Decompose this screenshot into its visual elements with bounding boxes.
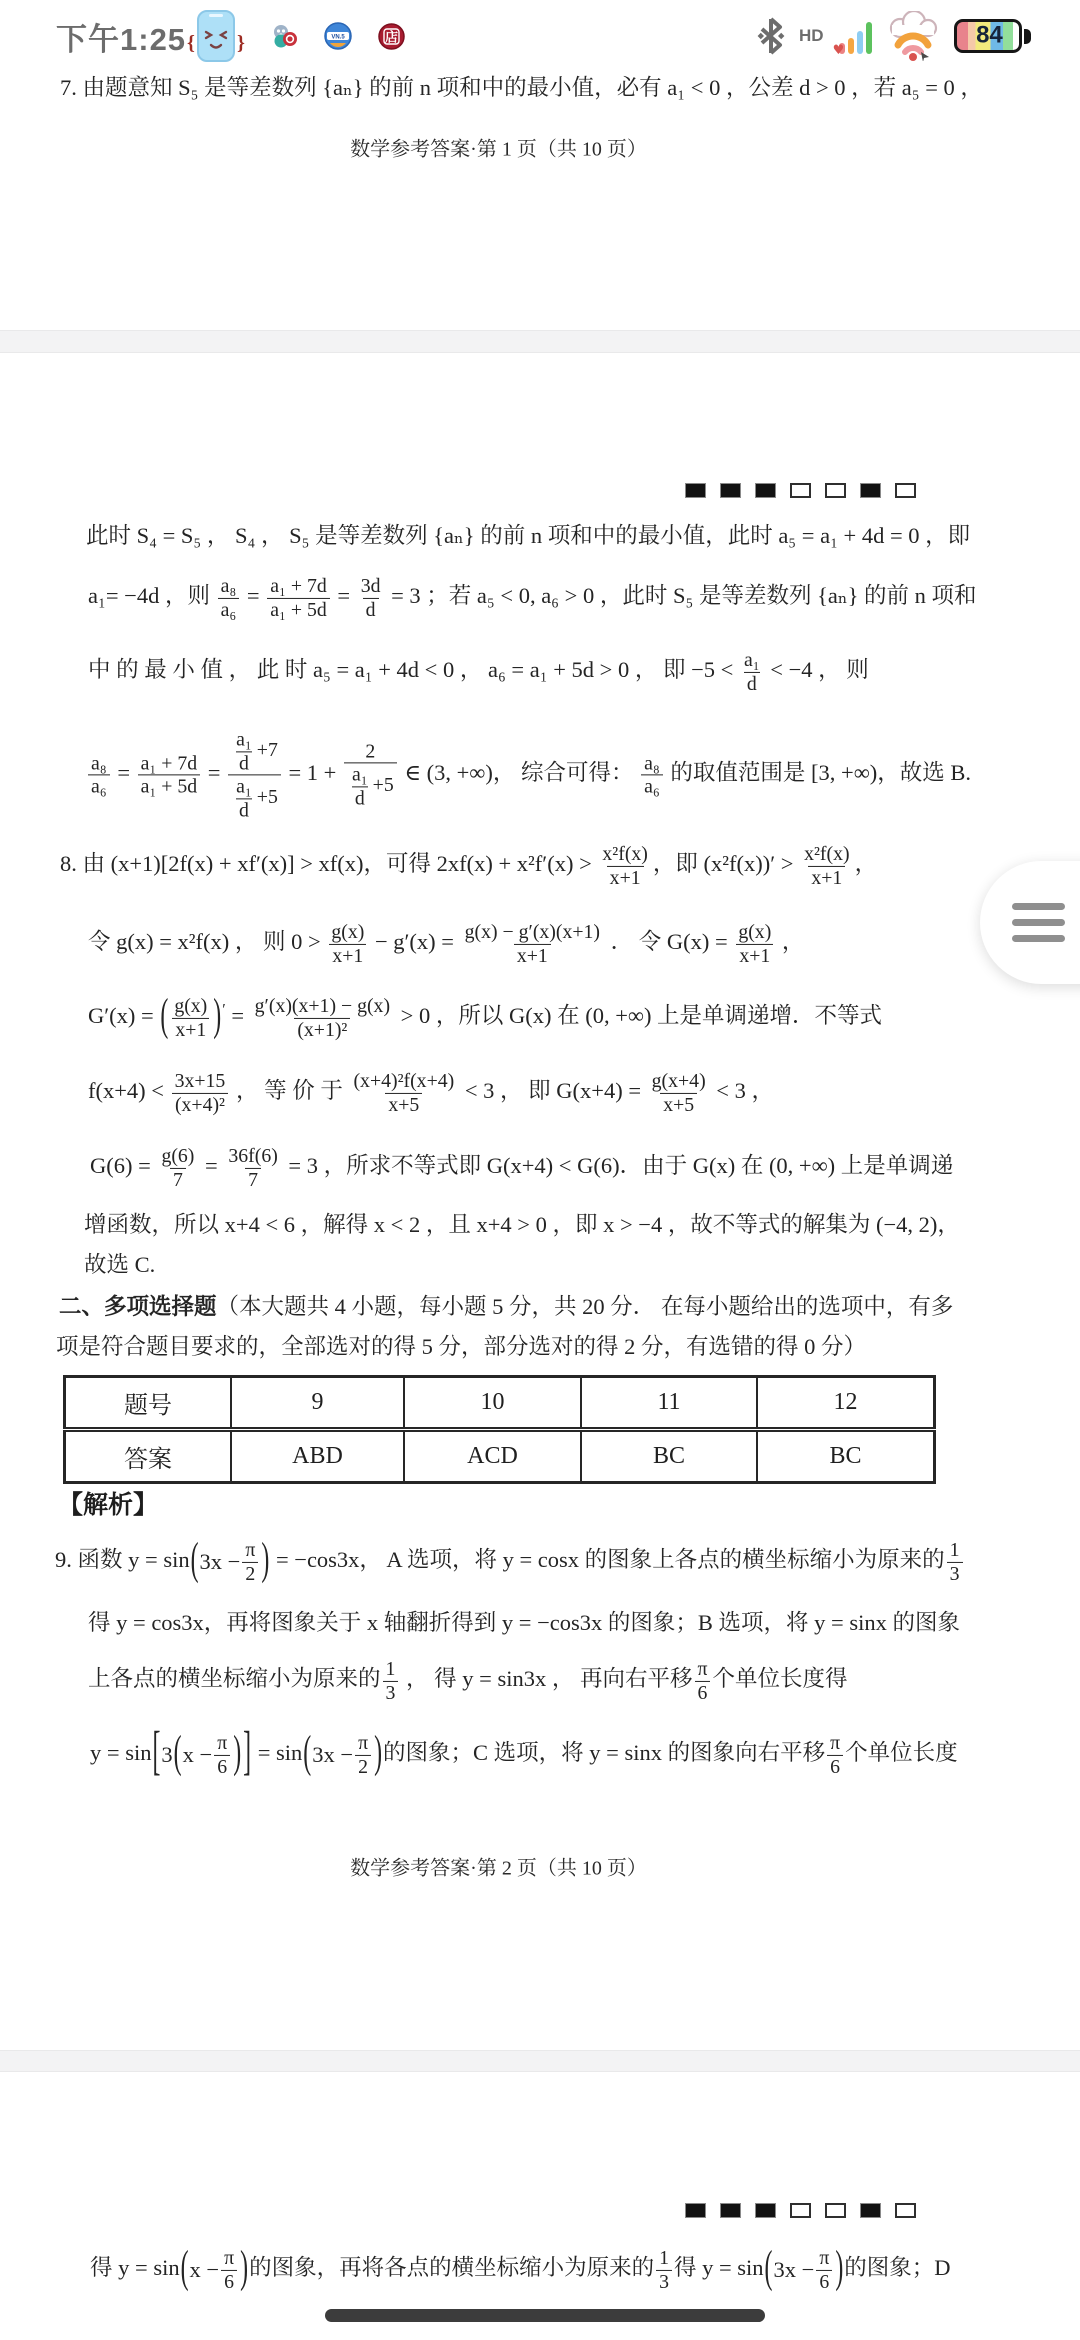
- heart-icon: ♥: [833, 43, 845, 58]
- square-filled: [755, 2203, 776, 2218]
- math-line: G′(x) = (g(x)x+1)′ = g′(x)(x+1) − g(x)(x…: [88, 995, 882, 1041]
- fraction: g(x+4)x+5: [649, 1070, 709, 1116]
- table-cell: BC: [581, 1430, 757, 1483]
- math-line: 中 的 最 小 值 ， 此 时 a₅ = a₁ + 4d < 0 ， a₆ = …: [88, 649, 869, 695]
- table-cell: 11: [581, 1377, 757, 1430]
- fraction: π6: [694, 1658, 710, 1704]
- notification-icon-blue-app: VN.5: [324, 22, 352, 50]
- math-line: 令 g(x) = x²f(x) ， 则 0 > g(x)x+1 − g′(x) …: [88, 921, 804, 967]
- fraction: a₁d+7a₁d+5: [228, 728, 281, 821]
- fraction: a₁d: [741, 649, 763, 695]
- math-line: 增函数，所以 x+4 < 6 ，解得 x < 2 ，且 x+4 > 0 ，即 x…: [84, 1211, 960, 1239]
- fraction: 13: [383, 1658, 399, 1704]
- fraction: a₁ + 7da₁ + 5d: [138, 752, 201, 798]
- question-9-continuation-line: 得 y = sin(x − π6)的图象，再将各点的横坐标缩小为原来的13得 y…: [90, 2247, 951, 2293]
- square-filled: [860, 483, 881, 498]
- square-filled: [755, 483, 776, 498]
- square-empty: [825, 2203, 846, 2218]
- fraction: π6: [221, 2247, 237, 2293]
- bold-text: 二、多项选择题: [59, 1294, 217, 1319]
- menu-bar-icon: [1012, 935, 1065, 942]
- square-empty: [895, 2203, 916, 2218]
- fraction: π2: [242, 1539, 258, 1585]
- phone-emoji-icon: [196, 8, 236, 64]
- vibrate-left-icon: {: [187, 32, 195, 55]
- fraction: g(x)x+1: [735, 921, 774, 967]
- status-bar: 下午1:25 { } VN.5: [0, 0, 1080, 72]
- fraction: 13: [947, 1539, 963, 1585]
- progress-squares: [685, 2203, 916, 2218]
- hd-label: HD: [799, 26, 824, 46]
- screen: { "status_bar": { "time": "下午1:25", "hd"…: [0, 0, 1080, 2340]
- table-cell: 10: [404, 1377, 581, 1430]
- square-empty: [790, 2203, 811, 2218]
- fraction: 3x+15(x+4)²: [172, 1070, 229, 1116]
- question-9-line: y = sin[3(x − π6)] = sin(3x − π2)的图象；C 选…: [90, 1732, 958, 1778]
- page-footer: 数学参考答案·第 1 页（共 10 页）: [62, 133, 935, 162]
- square-filled: [685, 483, 706, 498]
- page-footer: 数学参考答案·第 2 页（共 10 页）: [62, 1852, 935, 1881]
- table-cell: 答案: [65, 1430, 232, 1483]
- math-line: 故选 C.: [84, 1251, 155, 1279]
- progress-squares: [685, 483, 916, 498]
- battery-percent: 84: [976, 21, 1003, 49]
- question-9-line: 上各点的横坐标缩小为原来的13 ， 得 y = sin3x ， 再向右平移π6个…: [88, 1658, 848, 1704]
- bluetooth-icon: [756, 16, 786, 56]
- fraction: π6: [214, 1732, 230, 1778]
- question-7-line: 7. 由题意知 S₅ 是等差数列 {aₙ} 的前 n 项和中的最小值，必有 a₁…: [60, 74, 983, 102]
- fraction: g(6)7: [158, 1145, 197, 1191]
- fraction: π6: [827, 1732, 843, 1778]
- analysis-label: 【解析】: [58, 1485, 158, 1521]
- fraction: (x+4)²f(x+4)x+5: [350, 1070, 457, 1116]
- fraction: 36f(6)7: [225, 1145, 280, 1191]
- fraction: g(x)x+1: [328, 921, 367, 967]
- home-indicator[interactable]: [325, 2309, 765, 2322]
- fraction: a₁d: [233, 728, 255, 774]
- vibrate-right-icon: }: [237, 32, 245, 55]
- fraction: 3dd: [358, 575, 384, 621]
- math-line: a₁= −4d ，则 a₈a₆ = a₁ + 7da₁ + 5d = 3dd =…: [88, 575, 977, 621]
- table-cell: BC: [757, 1430, 935, 1483]
- notification-icon-circles: [272, 23, 298, 49]
- math-line: G(6) = g(6)7 = 36f(6)7 = 3 ，所求不等式即 G(x+4…: [90, 1145, 953, 1191]
- section-header: 二、多项选择题（本大题共 4 小题，每小题 5 分，共 20 分． 在每小题给出…: [59, 1293, 953, 1321]
- page-gap: [0, 2050, 1080, 2072]
- battery-body: 84: [954, 19, 1022, 53]
- wifi-icon: [885, 11, 941, 61]
- section-header: 项是符合题目要求的，全部选对的得 5 分，部分选对的得 2 分，有选错的得 0 …: [56, 1333, 866, 1361]
- battery-tip: [1024, 29, 1031, 44]
- square-filled: [720, 483, 741, 498]
- square-filled: [685, 2203, 706, 2218]
- signal-bars-icon: ♥: [839, 18, 872, 54]
- math-line: f(x+4) < 3x+15(x+4)² ， 等 价 于 (x+4)²f(x+4…: [88, 1070, 774, 1116]
- square-empty: [790, 483, 811, 498]
- fraction: a₈a₆: [88, 752, 110, 798]
- svg-text:店: 店: [385, 29, 398, 44]
- table-cell: 题号: [65, 1377, 232, 1430]
- fraction: a₁ + 7da₁ + 5d: [267, 575, 330, 621]
- math-line: a₈a₆ = a₁ + 7da₁ + 5d = a₁d+7a₁d+5 = 1 +…: [86, 728, 971, 821]
- table-row: 答案ABDACDBCBC: [65, 1430, 935, 1483]
- fraction: π6: [816, 2247, 832, 2293]
- square-empty: [825, 483, 846, 498]
- table-cell: ACD: [404, 1430, 581, 1483]
- status-time: 下午1:25: [56, 14, 186, 59]
- table-cell: 12: [757, 1377, 935, 1430]
- page-gap: [0, 330, 1080, 353]
- fraction: x²f(x)x+1: [599, 843, 650, 889]
- fraction: x²f(x)x+1: [801, 843, 852, 889]
- fraction: g(x) − g′(x)(x+1)x+1: [462, 921, 603, 967]
- menu-bar-icon: [1012, 903, 1065, 910]
- fraction: a₈a₆: [641, 752, 663, 798]
- svg-text:VN.5: VN.5: [331, 35, 345, 41]
- fraction: 2a₁d+5: [344, 740, 397, 810]
- fraction: a₁d: [349, 764, 371, 810]
- math-line: 8. 由 (x+1)[2f(x) + xf′(x)] > xf(x)，可得 2x…: [60, 843, 877, 889]
- battery-indicator: 84: [954, 19, 1031, 53]
- square-filled: [720, 2203, 741, 2218]
- square-empty: [895, 483, 916, 498]
- square-filled: [860, 2203, 881, 2218]
- fraction: g(x)x+1: [171, 995, 210, 1041]
- side-menu-handle[interactable]: [980, 861, 1080, 984]
- question-9-line: 9. 函数 y = sin(3x − π2) = −cos3x， A 选项，将 …: [55, 1539, 965, 1585]
- fraction: a₈a₆: [218, 575, 240, 621]
- fraction: 13: [656, 2247, 672, 2293]
- table-cell: ABD: [231, 1430, 404, 1483]
- fraction: π2: [355, 1732, 371, 1778]
- table-cell: 9: [231, 1377, 404, 1430]
- fraction: g′(x)(x+1) − g(x)(x+1)²: [252, 995, 393, 1041]
- answer-table: 题号9101112答案ABDACDBCBC: [63, 1375, 936, 1484]
- table-row: 题号9101112: [65, 1377, 935, 1430]
- status-bar-left: 下午1:25 { } VN.5: [56, 0, 405, 72]
- question-9-line: 得 y = cos3x，再将图象关于 x 轴翻折得到 y = −cos3x 的图…: [88, 1609, 960, 1637]
- menu-bar-icon: [1012, 919, 1065, 926]
- notification-icon-shop: 店: [378, 23, 405, 50]
- fraction: a₁d: [233, 776, 255, 822]
- status-bar-right: HD ♥ 84: [756, 0, 1031, 72]
- math-line: 此时 S₄ = S₅ ， S₄ ， S₅ 是等差数列 {aₙ} 的前 n 项和中…: [86, 522, 970, 550]
